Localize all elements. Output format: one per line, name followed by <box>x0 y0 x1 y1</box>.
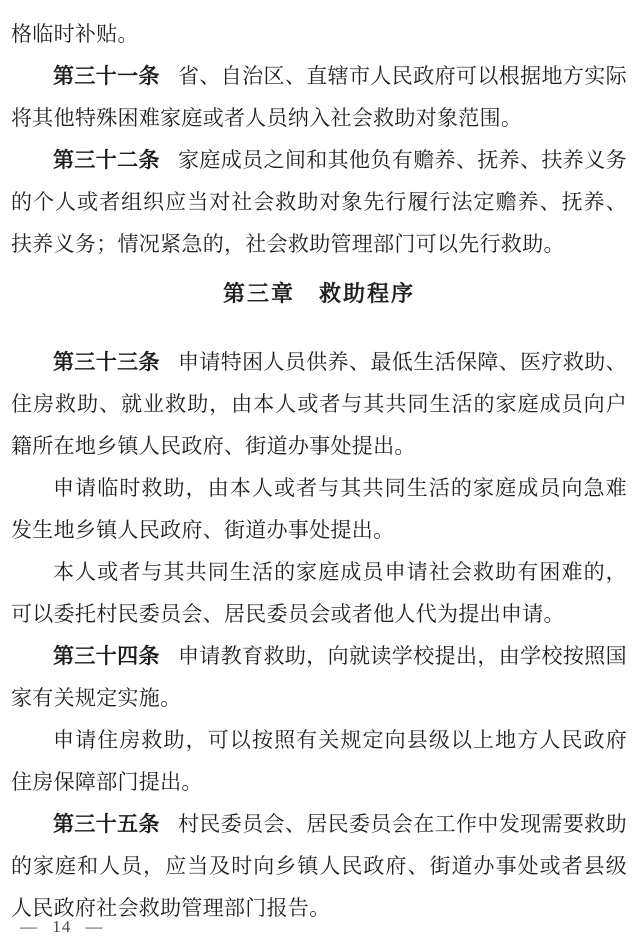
article-34: 第三十四条申请教育救助，向就读学校提出，由学校按照国家有关规定实施。 <box>11 635 627 719</box>
article-35: 第三十五条村民委员会、居民委员会在工作中发现需要救助的家庭和人员，应当及时向乡镇… <box>11 803 627 929</box>
article-33: 第三十三条申请特困人员供养、最低生活保障、医疗救助、住房救助、就业救助，由本人或… <box>11 341 627 467</box>
article-34-number: 第三十四条 <box>53 644 160 668</box>
paragraph-text: 格临时补贴。 <box>11 22 139 46</box>
paragraph-text: 申请临时救助，由本人或者与其共同生活的家庭成员向急难发生地乡镇人民政府、街道办事… <box>11 476 627 542</box>
article-35-number: 第三十五条 <box>53 812 160 836</box>
paragraph-continuation: 格临时补贴。 <box>11 13 627 55</box>
article-33-paragraph-2: 申请临时救助，由本人或者与其共同生活的家庭成员向急难发生地乡镇人民政府、街道办事… <box>11 467 627 551</box>
article-32-number: 第三十二条 <box>53 148 160 172</box>
paragraph-text: 本人或者与其共同生活的家庭成员申请社会救助有困难的，可以委托村民委员会、居民委员… <box>11 560 627 626</box>
article-32: 第三十二条家庭成员之间和其他负有赡养、抚养、扶养义务的个人或者组织应当对社会救助… <box>11 139 627 265</box>
paragraph-text: 申请住房救助，可以按照有关规定向县级以上地方人民政府住房保障部门提出。 <box>11 728 627 794</box>
article-33-paragraph-3: 本人或者与其共同生活的家庭成员申请社会救助有困难的，可以委托村民委员会、居民委员… <box>11 551 627 635</box>
article-34-paragraph-2: 申请住房救助，可以按照有关规定向县级以上地方人民政府住房保障部门提出。 <box>11 719 627 803</box>
chapter-3-heading: 第三章 救助程序 <box>11 273 627 315</box>
article-33-number: 第三十三条 <box>53 350 160 374</box>
article-31-number: 第三十一条 <box>53 64 160 88</box>
document-page: 格临时补贴。 第三十一条省、自治区、直辖市人民政府可以根据地方实际将其他特殊困难… <box>11 13 627 947</box>
article-31: 第三十一条省、自治区、直辖市人民政府可以根据地方实际将其他特殊困难家庭或者人员纳… <box>11 55 627 139</box>
